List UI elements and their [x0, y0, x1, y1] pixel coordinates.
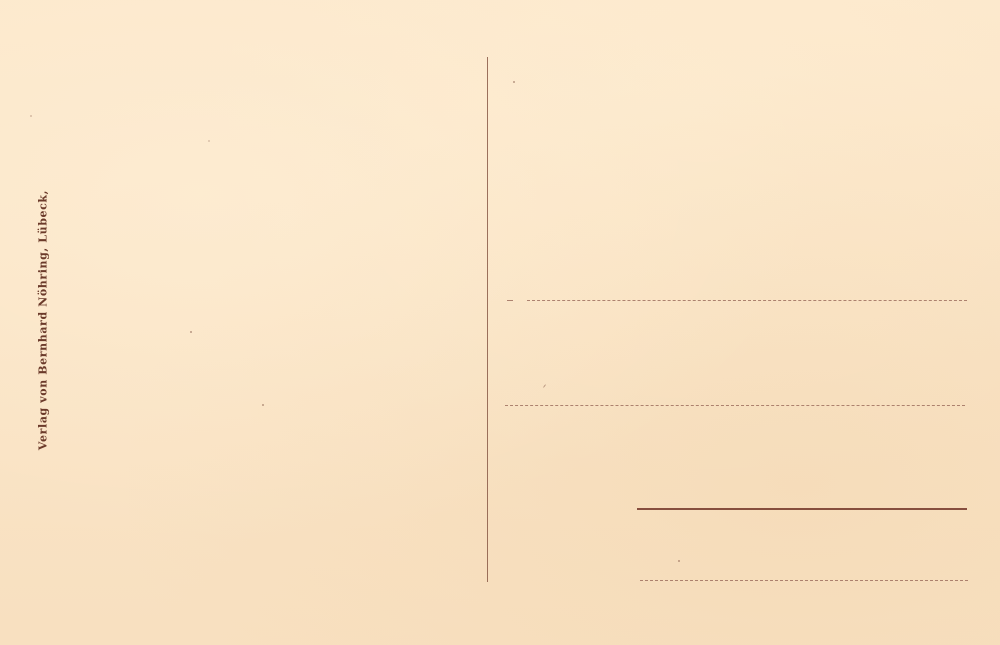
address-line-2	[505, 405, 965, 406]
paper-speck	[678, 560, 680, 562]
address-line-1-fragment	[507, 300, 513, 301]
address-line-3	[637, 508, 967, 510]
paper-speck	[543, 384, 546, 388]
address-line-4	[640, 580, 968, 581]
message-address-divider	[487, 57, 488, 582]
publisher-imprint: Verlag von Bernhard Nöhring, Lübeck,	[37, 190, 50, 450]
paper-speck	[208, 140, 210, 142]
paper-speck	[513, 81, 515, 83]
paper-speck	[30, 115, 32, 117]
paper-speck	[262, 404, 264, 406]
address-line-1	[527, 300, 967, 301]
postcard-back: Verlag von Bernhard Nöhring, Lübeck,	[0, 0, 1000, 645]
paper-speck	[190, 331, 192, 333]
